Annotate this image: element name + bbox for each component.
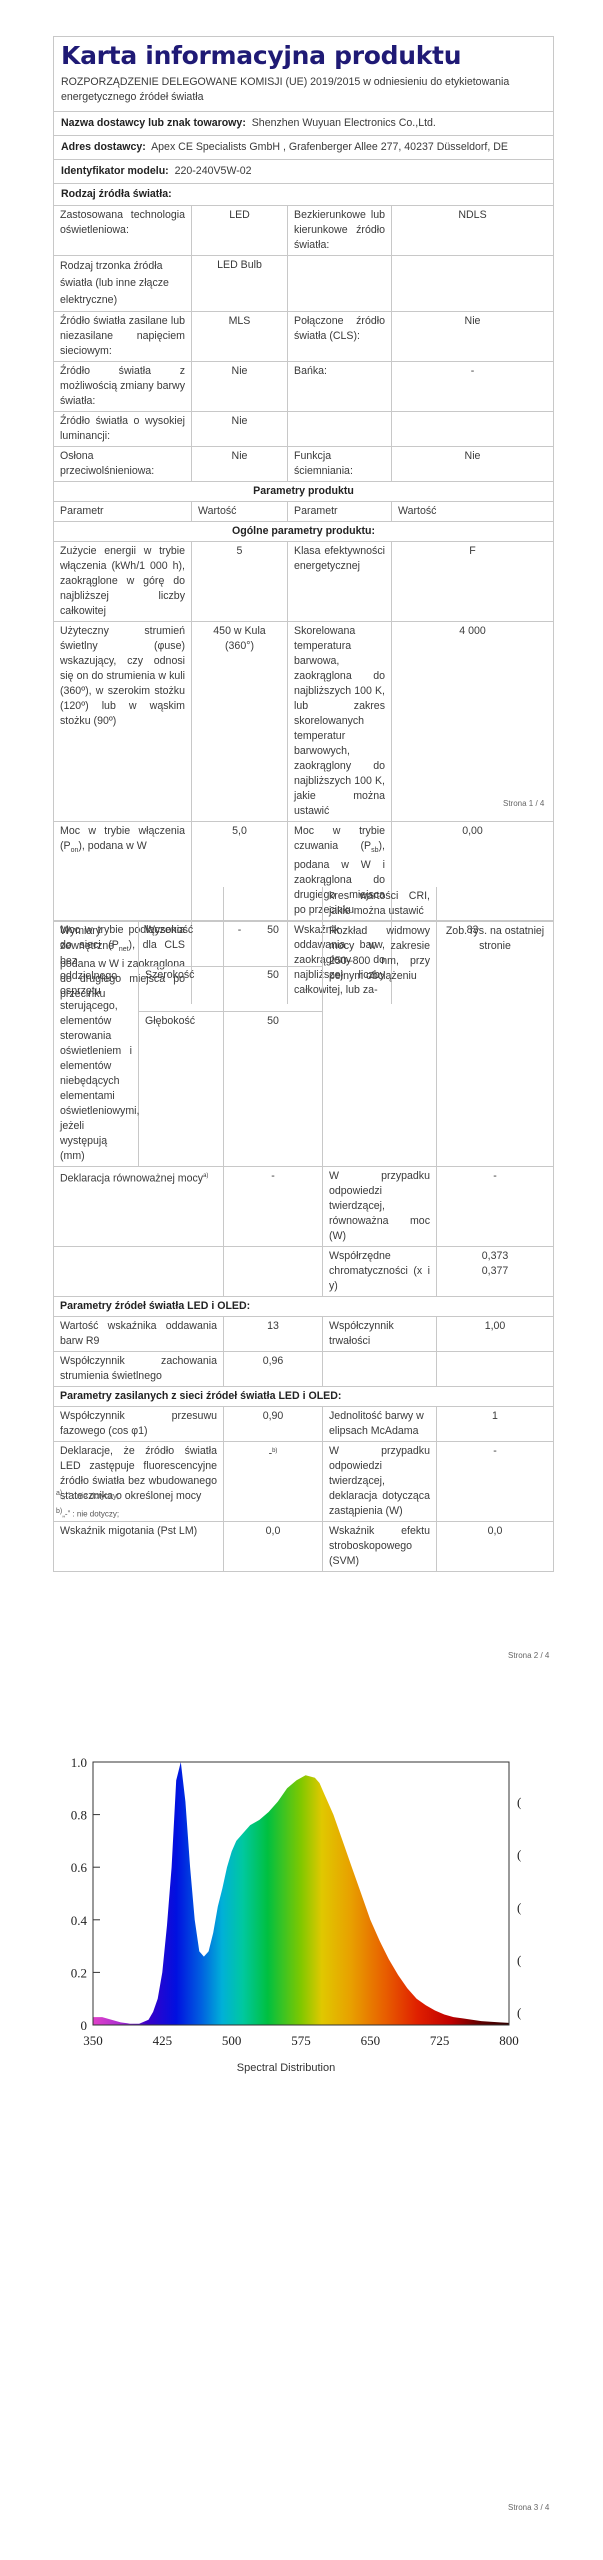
param-value: 0,3730,377 [437, 1247, 554, 1297]
light-source-type-heading: Rodzaj źródła światła: [54, 184, 554, 206]
mains-params-heading: Parametry zasilanych z sieci źródeł świa… [54, 1387, 554, 1407]
svg-text:500: 500 [222, 2033, 242, 2048]
column-header-row: Parametr Wartość Parametr Wartość [54, 502, 554, 522]
document-title: Karta informacyjna produktu [54, 37, 553, 73]
table-row: Współczynnik zachowania strumienia świet… [54, 1352, 554, 1387]
param-label [288, 256, 392, 312]
table-row: Źródło światła z możliwością zmiany barw… [54, 362, 554, 412]
param-label: Bańka: [288, 362, 392, 412]
param-value: 5 [192, 542, 288, 622]
dimension-name: Głębokość [139, 1012, 224, 1167]
general-params-heading: Ogólne parametry produktu: [54, 522, 554, 542]
column-header: Wartość [392, 502, 554, 522]
dimension-name: Szerokość [139, 967, 224, 1012]
svg-text:0.6: 0.6 [71, 1860, 88, 1875]
svg-text:0.2: 0.2 [71, 1965, 87, 1980]
svg-text:(: ( [517, 1900, 521, 1915]
svg-text:(: ( [517, 1847, 521, 1862]
param-label: Połączone źródło światła (CLS): [288, 312, 392, 362]
param-value: Zob. rys. na ostatniej stronie [437, 922, 554, 1167]
param-label: Skorelowana temperatura barwowa, zaokrąg… [288, 622, 392, 822]
param-label: Jednolitość barwy w elipsach McAdama [323, 1407, 437, 1442]
dimension-value: 50 [224, 1012, 323, 1167]
table-row: Zastosowana technologia oświetleniowa: L… [54, 206, 554, 256]
param-label: Wartość wskaźnika oddawania barw R9 [54, 1317, 224, 1352]
param-value: LED Bulb [192, 256, 288, 312]
dimension-name: Wysokość [139, 922, 224, 967]
param-value: - [392, 362, 554, 412]
param-value: - [224, 1167, 323, 1247]
page-number: Strona 3 / 4 [508, 2503, 549, 2512]
param-label: Wskaźnik migotania (Pst LM) [54, 1522, 224, 1572]
footnote: a)„-” : nie dotyczy; [56, 1486, 119, 1504]
param-value: 1 [437, 1407, 554, 1442]
table-row: Rodzaj trzonka źródła światła (lub inne … [54, 256, 554, 312]
param-label [288, 412, 392, 447]
param-label: Osłona przeciwolśnieniowa: [54, 447, 192, 482]
table-row: Wartość wskaźnika oddawania barw R9 13 W… [54, 1317, 554, 1352]
table-row: Źródło światła o wysokiej luminancji: Ni… [54, 412, 554, 447]
param-value: - [437, 1442, 554, 1522]
svg-text:1.0: 1.0 [71, 1755, 87, 1770]
param-label [323, 1352, 437, 1387]
param-label: Bezkierunkowe lub kierunkowe źródło świa… [288, 206, 392, 256]
param-value: - [437, 1167, 554, 1247]
dimension-value: 50 [224, 922, 323, 967]
param-value: 0,96 [224, 1352, 323, 1387]
param-value: 0,0 [224, 1522, 323, 1572]
param-label: Współczynnik trwałości [323, 1317, 437, 1352]
param-label: Rodzaj trzonka źródła światła (lub inne … [54, 256, 192, 312]
column-header: Parametr [288, 502, 392, 522]
param-label: Źródło światła z możliwością zmiany barw… [54, 362, 192, 412]
svg-text:575: 575 [291, 2033, 311, 2048]
svg-text:(: ( [517, 1795, 521, 1810]
product-info-table-page-2: kres wartości CRI, jakie można ustawić W… [53, 887, 554, 1572]
param-value: 13 [224, 1317, 323, 1352]
spectral-distribution-chart: 0(0.2(0.4(0.6(0.8(1.03504255005756507258… [50, 1700, 603, 2090]
param-label: Użyteczny strumień świetlny (φuse) wskaz… [54, 622, 192, 822]
product-info-table-page-1: Karta informacyjna produktu ROZPORZĄDZEN… [53, 36, 554, 1004]
page-number: Strona 1 / 4 [503, 799, 544, 808]
svg-text:Spectral Distribution: Spectral Distribution [237, 2062, 335, 2074]
param-label: W przypadku odpowiedzi twierdzącej, dekl… [323, 1442, 437, 1522]
spectral-chart-svg: 0(0.2(0.4(0.6(0.8(1.03504255005756507258… [50, 1700, 603, 2090]
table-row: Osłona przeciwolśnieniowa: Nie Funkcja ś… [54, 447, 554, 482]
param-value: Nie [392, 447, 554, 482]
table-row: Współczynnik przesuwu fazowego (cos φ1) … [54, 1407, 554, 1442]
table-row: Deklaracje, że źródło światła LED zastęp… [54, 1442, 554, 1522]
param-value: 0,90 [224, 1407, 323, 1442]
table-row: Deklaracja równoważnej mocya) - W przypa… [54, 1167, 554, 1247]
supplier-label: Nazwa dostawcy lub znak towarowy: [61, 117, 246, 129]
footnote: b)„-” : nie dotyczy; [56, 1504, 119, 1522]
param-label: Współczynnik przesuwu fazowego (cos φ1) [54, 1407, 224, 1442]
column-header: Wartość [192, 502, 288, 522]
param-value: 4 000 [392, 622, 554, 822]
param-value [392, 256, 554, 312]
param-value: Nie [192, 447, 288, 482]
param-value: Nie [392, 312, 554, 362]
param-label: kres wartości CRI, jakie można ustawić [323, 887, 437, 922]
svg-text:(: ( [517, 2005, 521, 2020]
table-row: Współrzędne chromatyczności (x i y) 0,37… [54, 1247, 554, 1297]
regulation-text: ROZPORZĄDZENIE DELEGOWANE KOMISJI (UE) 2… [54, 73, 553, 111]
column-header: Parametr [54, 502, 192, 522]
supplier-value: Shenzhen Wuyuan Electronics Co.,Ltd. [252, 117, 436, 129]
page-number: Strona 2 / 4 [508, 1651, 549, 1660]
svg-text:0.8: 0.8 [71, 1808, 87, 1823]
param-value [392, 412, 554, 447]
param-value: NDLS [392, 206, 554, 256]
led-params-heading: Parametry źródeł światła LED i OLED: [54, 1297, 554, 1317]
table-row: Zużycie energii w trybie włączenia (kWh/… [54, 542, 554, 622]
param-value: Nie [192, 362, 288, 412]
param-value: 0,0 [437, 1522, 554, 1572]
param-value: 1,00 [437, 1317, 554, 1352]
svg-text:350: 350 [83, 2033, 103, 2048]
param-label: Źródło światła zasilane lub niezasilane … [54, 312, 192, 362]
table-row: Źródło światła zasilane lub niezasilane … [54, 312, 554, 362]
param-label: Klasa efektywności energetycznej [288, 542, 392, 622]
model-label: Identyfikator modelu: [61, 165, 169, 177]
param-value: MLS [192, 312, 288, 362]
dimensions-label: Wymiary zewnętrzne bez oddzielnego osprz… [54, 922, 139, 1167]
table-row: Wskaźnik migotania (Pst LM) 0,0 Wskaźnik… [54, 1522, 554, 1572]
model-value: 220-240V5W-02 [175, 165, 252, 177]
footnotes: a)„-” : nie dotyczy; b)„-” : nie dotyczy… [56, 1486, 119, 1521]
param-label: W przypadku odpowiedzi twierdzącej, równ… [323, 1167, 437, 1247]
table-row: Użyteczny strumień świetlny (φuse) wskaz… [54, 622, 554, 822]
param-label: Zastosowana technologia oświetleniowa: [54, 206, 192, 256]
svg-text:0: 0 [81, 2018, 88, 2033]
param-label: Współczynnik zachowania strumienia świet… [54, 1352, 224, 1387]
svg-text:425: 425 [153, 2033, 173, 2048]
param-label: Rozkład widmowy mocy w zakresie 250–800 … [323, 922, 437, 1167]
svg-text:650: 650 [361, 2033, 381, 2048]
param-value: F [392, 542, 554, 622]
param-label: Zużycie energii w trybie włączenia (kWh/… [54, 542, 192, 622]
params-heading: Parametry produktu [54, 482, 554, 502]
svg-text:725: 725 [430, 2033, 450, 2048]
param-label: Deklaracja równoważnej mocya) [54, 1167, 224, 1247]
table-row: kres wartości CRI, jakie można ustawić [54, 887, 554, 922]
param-value: -b) [224, 1442, 323, 1522]
param-label: Funkcja ściemniania: [288, 447, 392, 482]
address-value: Apex CE Specialists GmbH , Grafenberger … [151, 141, 508, 153]
address-label: Adres dostawcy: [61, 141, 146, 153]
dimensions-row: Wymiary zewnętrzne bez oddzielnego osprz… [54, 922, 554, 967]
param-label: Wskaźnik efektu stroboskopowego (SVM) [323, 1522, 437, 1572]
param-value [437, 1352, 554, 1387]
param-label: Źródło światła o wysokiej luminancji: [54, 412, 192, 447]
param-value: Nie [192, 412, 288, 447]
param-value: 450 w Kula (360°) [192, 622, 288, 822]
svg-text:0.4: 0.4 [71, 1913, 88, 1928]
param-label: Współrzędne chromatyczności (x i y) [323, 1247, 437, 1297]
dimension-value: 50 [224, 967, 323, 1012]
svg-text:800: 800 [499, 2033, 519, 2048]
param-value: LED [192, 206, 288, 256]
svg-text:(: ( [517, 1952, 521, 1967]
